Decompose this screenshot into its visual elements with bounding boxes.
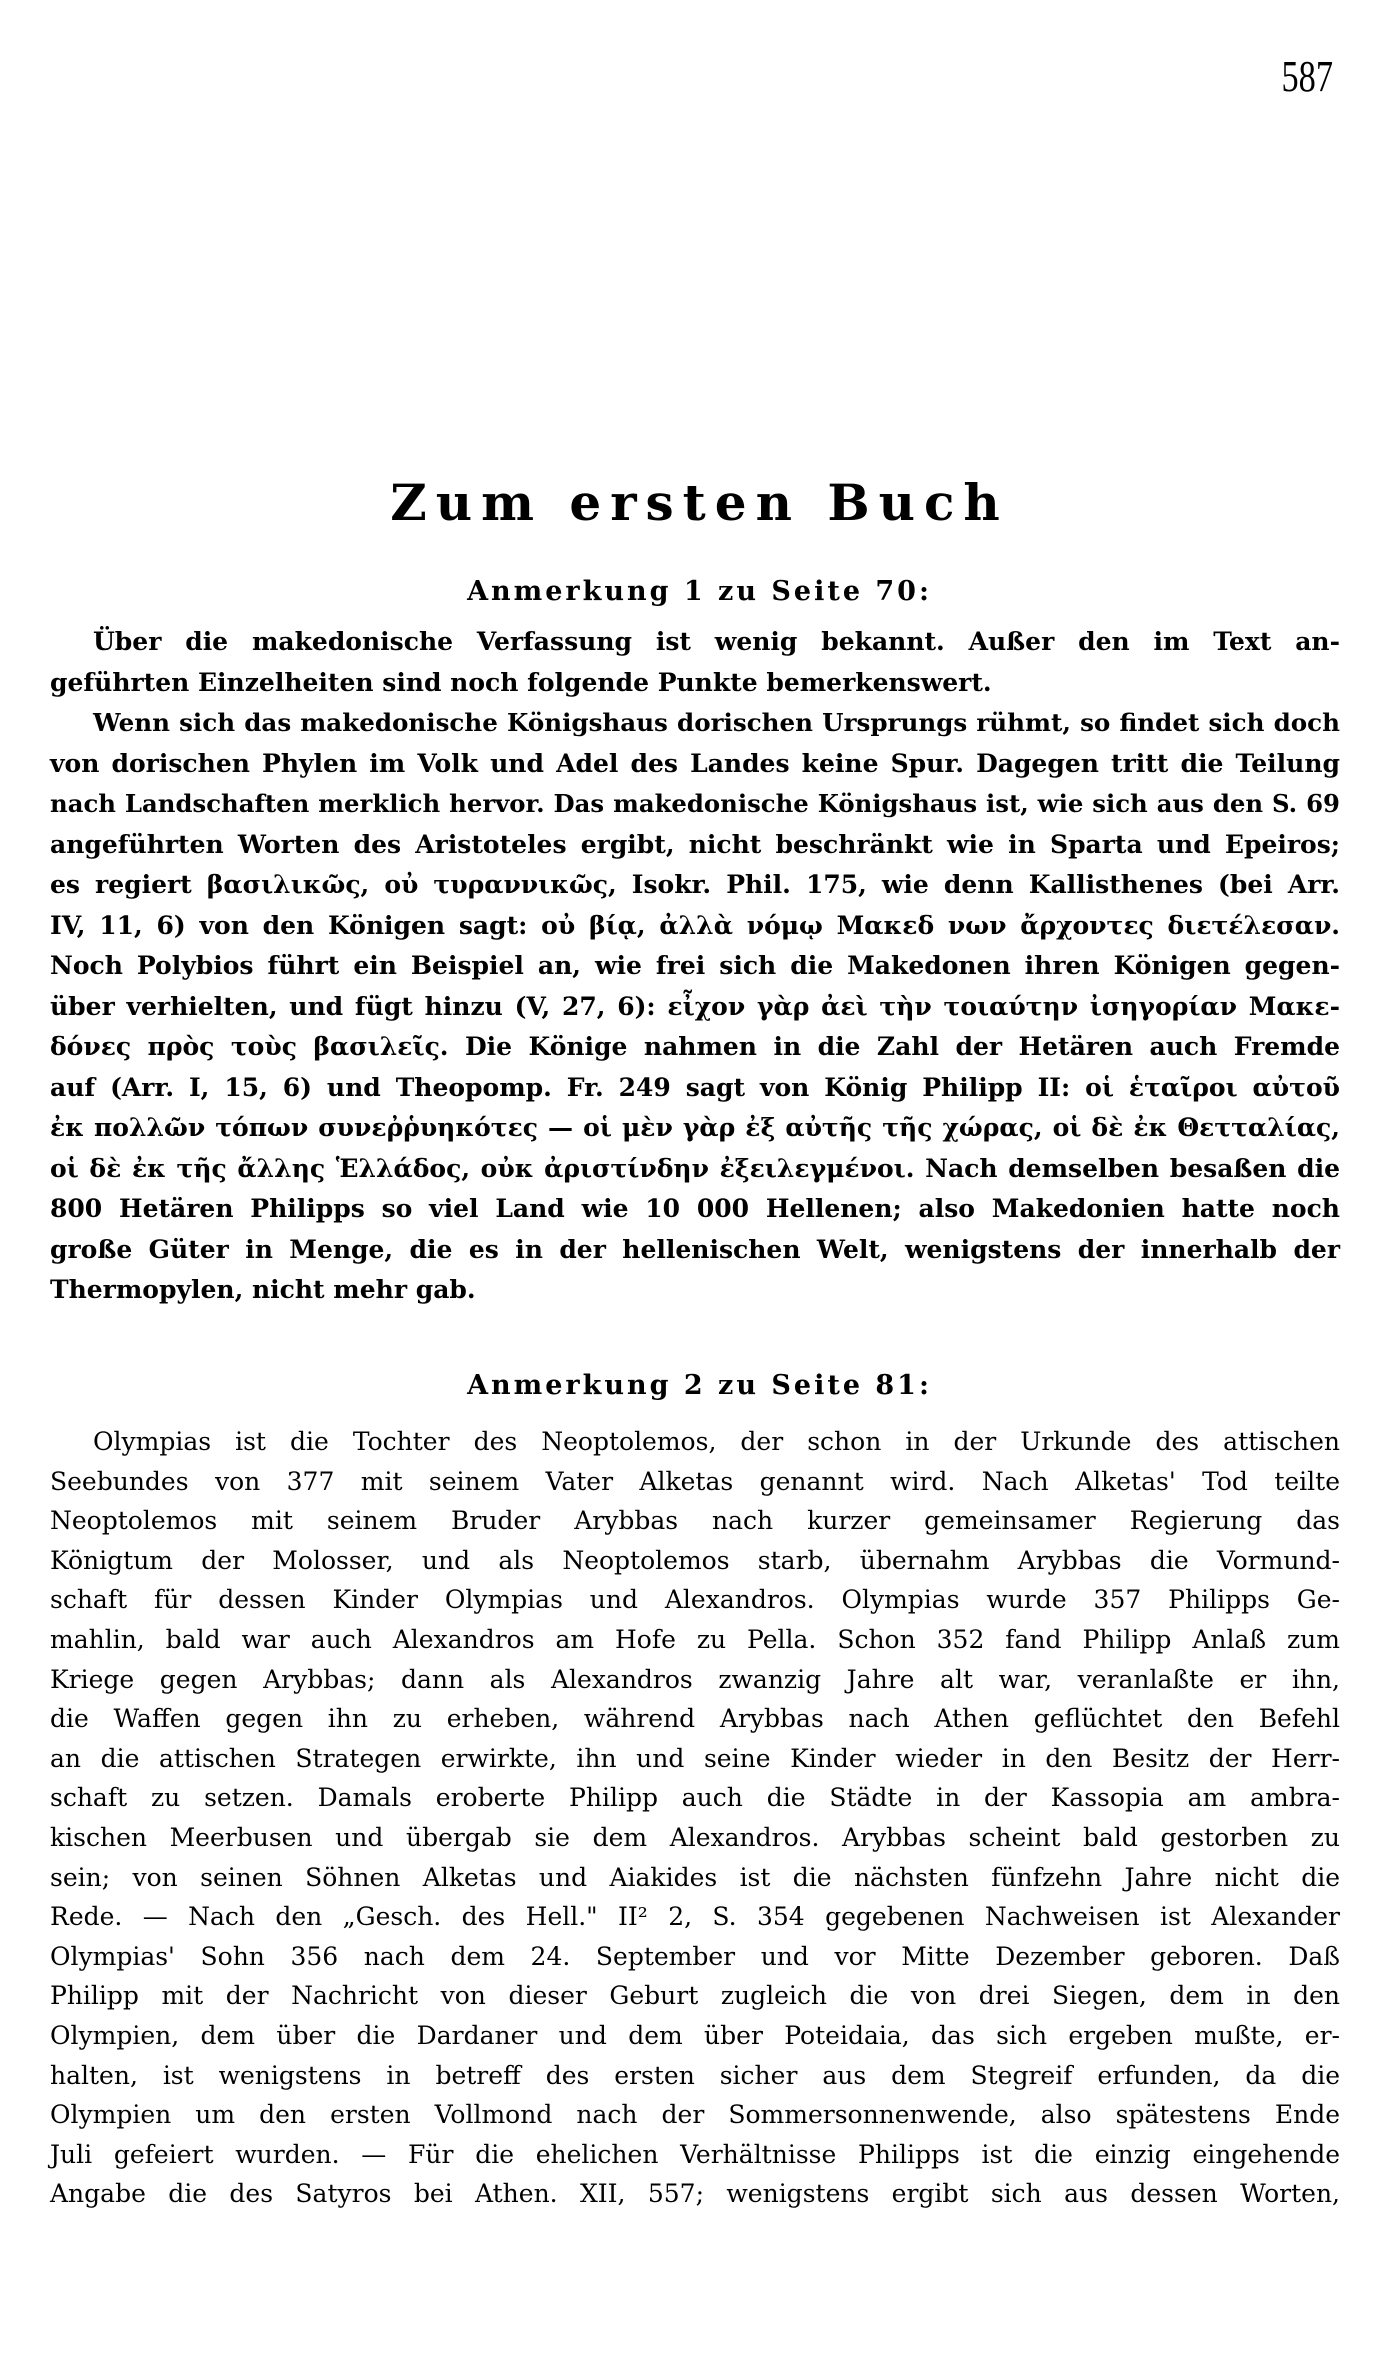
text-line: Wenn sich das makedonische Königshaus do… xyxy=(50,703,1340,744)
text-line: IV, 11, 6) von den Königen sagt: οὐ βίᾳ,… xyxy=(50,906,1340,947)
text-line: Königtum der Molosser, und als Neoptolem… xyxy=(50,1541,1340,1581)
text-line: 800 Hetären Philipps so viel Land wie 10… xyxy=(50,1189,1340,1230)
text-line: Angabe die des Satyros bei Athen. XII, 5… xyxy=(50,2174,1340,2214)
text-line: schaft für dessen Kinder Olympias und Al… xyxy=(50,1580,1340,1620)
text-line: kischen Meerbusen und übergab sie dem Al… xyxy=(50,1818,1340,1858)
text-line: an die attischen Strategen erwirkte, ihn… xyxy=(50,1739,1340,1779)
page-number: 587 xyxy=(1282,52,1333,102)
text-line: große Güter in Menge, die es in der hell… xyxy=(50,1230,1340,1271)
text-line: Kriege gegen Arybbas; dann als Alexandro… xyxy=(50,1660,1340,1700)
note-1-heading: Anmerkung 1 zu Seite 70: xyxy=(0,572,1399,612)
text-line: von dorischen Phylen im Volk und Adel de… xyxy=(50,744,1340,785)
text-line: δόνες πρὸς τοὺς βασιλεῖς. Die Könige nah… xyxy=(50,1027,1340,1068)
text-line: Rede. — Nach den „Gesch. des Hell." II² … xyxy=(50,1897,1340,1937)
text-line: Juli gefeiert wurden. — Für die eheliche… xyxy=(50,2135,1340,2175)
text-line: die Waffen gegen ihn zu erheben, während… xyxy=(50,1699,1340,1739)
text-line: Philipp mit der Nachricht von dieser Geb… xyxy=(50,1976,1340,2016)
text-line: Noch Polybios führt ein Beispiel an, wie… xyxy=(50,946,1340,987)
text-line: auf (Arr. I, 15, 6) und Theopomp. Fr. 24… xyxy=(50,1068,1340,1109)
text-line: οἱ δὲ ἐκ τῆς ἄλλης Ἑλλάδος, οὐκ ἀριστίνδ… xyxy=(50,1149,1340,1190)
text-line: Neoptolemos mit seinem Bruder Arybbas na… xyxy=(50,1501,1340,1541)
text-line: ἐκ πολλῶν τόπων συνεῤῥυηκότες — οἱ μὲν γ… xyxy=(50,1108,1340,1149)
chapter-title: Zum ersten Buch xyxy=(0,468,1399,538)
text-line: Olympias ist die Tochter des Neoptolemos… xyxy=(50,1422,1340,1462)
text-line: Seebundes von 377 mit seinem Vater Alket… xyxy=(50,1462,1340,1502)
text-line: Über die makedonische Verfassung ist wen… xyxy=(50,622,1340,663)
text-line: halten, ist wenigstens in betreff des er… xyxy=(50,2056,1340,2096)
text-line: schaft zu setzen. Damals eroberte Philip… xyxy=(50,1778,1340,1818)
text-line: nach Landschaften merklich hervor. Das m… xyxy=(50,784,1340,825)
text-line: mahlin, bald war auch Alexandros am Hofe… xyxy=(50,1620,1340,1660)
note-1-body: Über die makedonische Verfassung ist wen… xyxy=(50,622,1340,1311)
note-2-body: Olympias ist die Tochter des Neoptolemos… xyxy=(50,1422,1340,2214)
text-line: angeführten Worten des Aristoteles ergib… xyxy=(50,825,1340,866)
text-line: über verhielten, und fügt hinzu (V, 27, … xyxy=(50,987,1340,1028)
text-line: Thermopylen, nicht mehr gab. xyxy=(50,1270,1340,1311)
text-line: Olympien um den ersten Vollmond nach der… xyxy=(50,2095,1340,2135)
note-2-heading: Anmerkung 2 zu Seite 81: xyxy=(0,1366,1399,1406)
text-line: geführten Einzelheiten sind noch folgend… xyxy=(50,663,1340,704)
text-line: es regiert βασιλικῶς, οὐ τυραννικῶς, Iso… xyxy=(50,865,1340,906)
text-line: Olympias' Sohn 356 nach dem 24. Septembe… xyxy=(50,1937,1340,1977)
text-line: Olympien, dem über die Dardaner und dem … xyxy=(50,2016,1340,2056)
text-line: sein; von seinen Söhnen Alketas und Aiak… xyxy=(50,1858,1340,1898)
